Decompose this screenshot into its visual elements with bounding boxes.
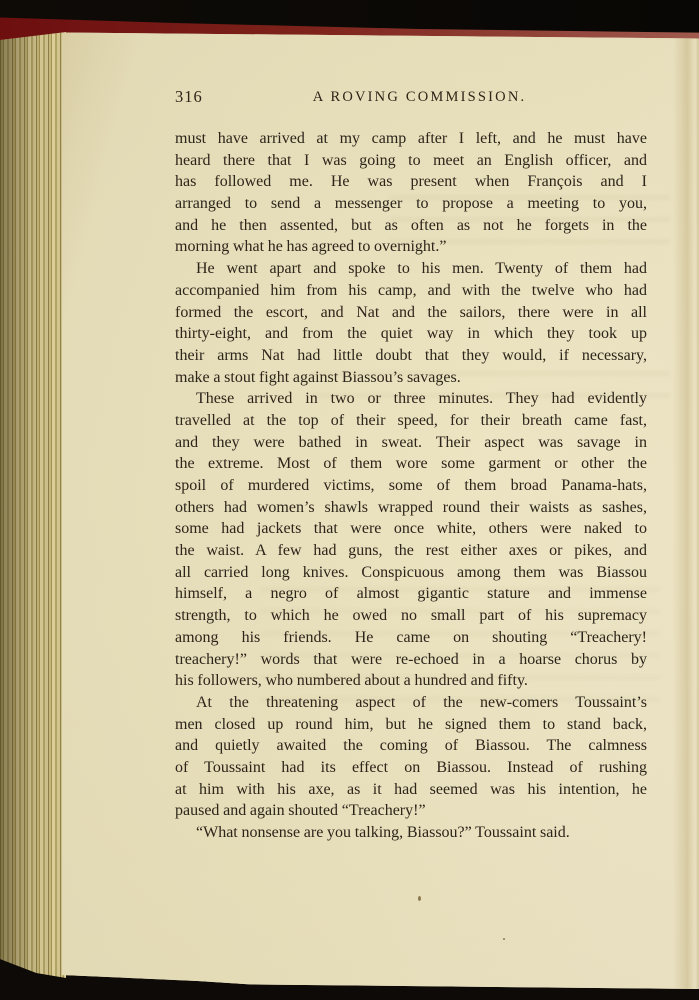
text-line: strength, to which he owed no small part… xyxy=(175,605,647,627)
text-line: thirty-eight, and from the quiet way in … xyxy=(175,323,647,345)
text-line: accompanied him from his camp, and with … xyxy=(175,280,647,302)
text-line: the extreme. Most of them wore some garm… xyxy=(175,453,647,475)
text-line: his followers, who numbered about a hund… xyxy=(175,670,647,692)
text-line: and he then assented, but as often as no… xyxy=(175,215,647,237)
body-text: must have arrived at my camp after I lef… xyxy=(175,128,647,844)
text-line: travelled at the top of their speed, for… xyxy=(175,410,647,432)
text-line: These arrived in two or three minutes. T… xyxy=(175,388,647,410)
text-line: paused and again shouted “Treachery!” xyxy=(175,800,647,822)
text-line: the waist. A few had guns, the rest eith… xyxy=(175,540,647,562)
text-line: himself, a negro of almost gigantic stat… xyxy=(175,583,647,605)
text-line: At the threatening aspect of the new-com… xyxy=(175,692,647,714)
text-line: has followed me. He was present when Fra… xyxy=(175,171,647,193)
text-line: formed the escort, and Nat and the sailo… xyxy=(175,302,647,324)
paper-speck xyxy=(503,938,505,940)
page-right-edge-shade xyxy=(673,0,699,1000)
text-line: and quietly awaited the coming of Biasso… xyxy=(175,735,647,757)
text-line: some had jackets that were once white, o… xyxy=(175,518,647,540)
paper-speck xyxy=(418,896,421,901)
text-line: of Toussaint had its effect on Biassou. … xyxy=(175,757,647,779)
text-line: spoil of murdered victims, some of them … xyxy=(175,475,647,497)
text-line: treachery!” words that were re-echoed in… xyxy=(175,649,647,671)
text-line: He went apart and spoke to his men. Twen… xyxy=(175,258,647,280)
photo-frame: 316 A ROVING COMMISSION. must have arriv… xyxy=(0,0,699,1000)
text-line: among his friends. He came on shouting “… xyxy=(175,627,647,649)
text-line: “What nonsense are you talking, Biassou?… xyxy=(175,822,647,844)
text-line: others had women’s shawls wrapped round … xyxy=(175,497,647,519)
text-line: arranged to send a messenger to propose … xyxy=(175,193,647,215)
book-page: 316 A ROVING COMMISSION. must have arriv… xyxy=(60,0,699,1000)
text-line: at him with his axe, as it had seemed wa… xyxy=(175,779,647,801)
text-line: and they were bathed in sweat. Their asp… xyxy=(175,432,647,454)
text-line: their arms Nat had little doubt that the… xyxy=(175,345,647,367)
running-header: A ROVING COMMISSION. xyxy=(313,89,527,106)
text-line: heard there that I was going to meet an … xyxy=(175,150,647,172)
text-line: men closed up round him, but he signed t… xyxy=(175,714,647,736)
text-line: must have arrived at my camp after I lef… xyxy=(175,128,647,150)
text-line: all carried long knives. Conspicuous amo… xyxy=(175,562,647,584)
book-page-edges xyxy=(0,0,66,1000)
text-line: make a stout fight against Biassou’s sav… xyxy=(175,367,647,389)
page-header: 316 A ROVING COMMISSION. xyxy=(175,87,647,109)
text-line: morning what he has agreed to overnight.… xyxy=(175,236,647,258)
page-number: 316 xyxy=(175,87,203,107)
